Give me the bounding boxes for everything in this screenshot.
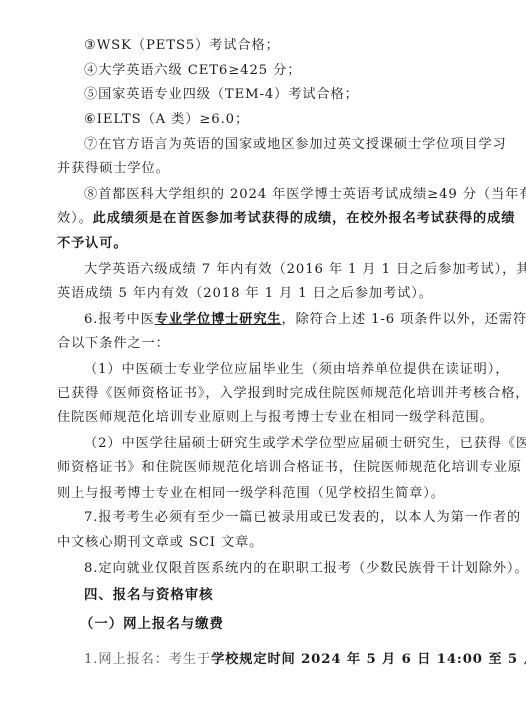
requirement-tem4: ⑤国家英语专业四级（TEM-4）考试合格； [84, 85, 467, 105]
condition-2: （2）中医学往届硕士研究生或学术学位型应届硕士研究生，已获得《医 [84, 434, 467, 454]
section-heading-4: 四、报名与资格审核 [84, 586, 467, 606]
online-registration-prefix: 1.网上报名：考生于 [84, 652, 211, 667]
requirement-english-degree-cont: 并获得硕士学位。 [57, 159, 467, 179]
condition-1-cont2: 住院医师规范化培训专业原则上与报考博士专业在相同一级学科范围。 [57, 408, 467, 428]
requirement-cet6: ④大学英语六级 CET6≥425 分； [84, 61, 467, 81]
registration-period: 学校规定时间 2024 年 5 月 6 日 14:00 至 5 月 14 日 [211, 652, 526, 667]
requirement-english-degree: ⑦在官方语言为英语的国家或地区参加过英文授课硕士学位项目学习 [84, 135, 467, 155]
bold-notice-cont: 不予认可。 [57, 234, 467, 254]
item-8: 8.定向就业仅限首医系统内的在职职工报考（少数民族骨干计划除外）。 [84, 559, 467, 579]
condition-1-cont: 已获得《医师资格证书》，入学报到时完成住院医师规范化培训并考核合格， [57, 384, 467, 404]
professional-doctorate-link: 专业学位博士研究生 [155, 312, 282, 327]
item-7-cont: 中文核心期刊文章或 SCI 文章。 [57, 533, 467, 553]
condition-1: （1）中医硕士专业学位应届毕业生（须由培养单位提供在读证明）， [84, 360, 467, 380]
score-validity-cont: 英语成绩 5 年内有效（2018 年 1 月 1 日之后参加考试）。 [57, 284, 467, 304]
score-validity: 大学英语六级成绩 7 年内有效（2016 年 1 月 1 日之后参加考试），其余 [84, 260, 467, 280]
requirement-wsk: ③WSK（PETS5）考试合格； [84, 36, 467, 56]
item-6-cont: 合以下条件之一： [57, 334, 467, 354]
item-7: 7.报考考生必须有至少一篇已被录用或已发表的，以本人为第一作者的 [84, 508, 467, 528]
online-registration: 1.网上报名：考生于学校规定时间 2024 年 5 月 6 日 14:00 至 … [84, 650, 467, 670]
subsection-heading-1: （一）网上报名与缴费 [80, 615, 463, 635]
document-page: ③WSK（PETS5）考试合格； ④大学英语六级 CET6≥425 分； ⑤国家… [0, 0, 526, 728]
requirement-ccmu-exam-cont: 效）。此成绩须是在首医参加考试获得的成绩，在校外报名考试获得的成绩 [57, 209, 467, 229]
condition-2-cont2: 则上与报考博士专业在相同一级学科范围（见学校招生简章）。 [57, 484, 467, 504]
bold-notice: 此成绩须是在首医参加考试获得的成绩，在校外报名考试获得的成绩 [93, 211, 516, 226]
requirement-ielts: ⑥IELTS（A 类）≥6.0； [84, 110, 467, 130]
requirement-ccmu-exam: ⑧首都医科大学组织的 2024 年医学博士英语考试成绩≥49 分（当年有 [84, 185, 467, 205]
item-6-suffix: ，除符合上述 1-6 项条件以外，还需符 [282, 312, 526, 327]
item-6: 6.报考中医专业学位博士研究生，除符合上述 1-6 项条件以外，还需符 [84, 310, 467, 330]
condition-2-cont: 师资格证书》和住院医师规范化培训合格证书，住院医师规范化培训专业原 [57, 458, 467, 478]
validity-text: 效）。 [57, 211, 93, 226]
item-6-prefix: 6.报考中医 [84, 312, 155, 327]
